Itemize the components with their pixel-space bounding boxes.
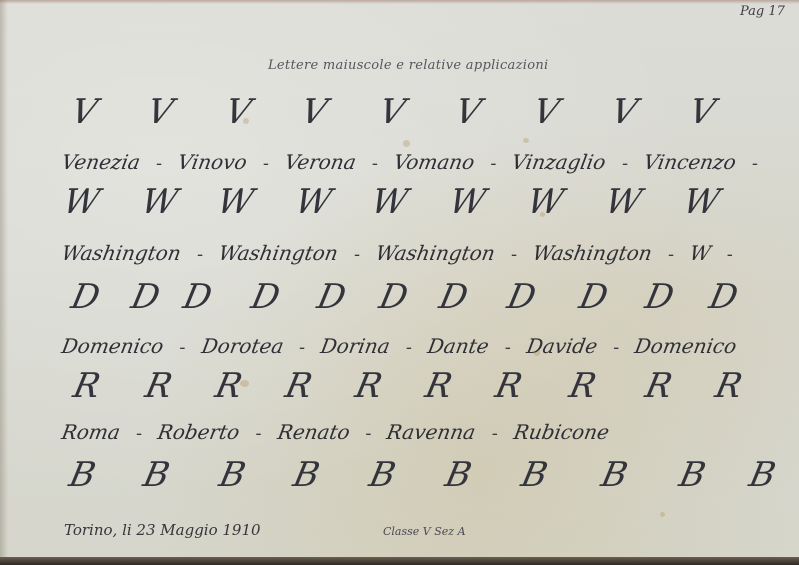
word-separator: - — [255, 423, 261, 444]
practice-word: Vincenzo — [641, 145, 739, 179]
word-separator: - — [197, 244, 203, 265]
paper-stain — [523, 138, 529, 143]
word-separator: - — [492, 423, 498, 444]
calligraphy-letter: V — [530, 92, 563, 132]
practice-word: Dorina — [318, 329, 393, 363]
calligraphy-letter: D — [504, 277, 540, 317]
word-separator: - — [727, 244, 733, 265]
page-title: Lettere maiuscole e relative applicazion… — [268, 58, 548, 73]
word-separator: - — [299, 337, 305, 358]
practice-word: Ravenna — [384, 415, 478, 449]
letter-row-d: D D D D D D D D D D D — [60, 277, 799, 317]
practice-word: Washington — [216, 236, 341, 270]
practice-word: Dorotea — [199, 329, 286, 363]
calligraphy-letter: D — [314, 277, 350, 317]
calligraphy-letter: B — [442, 455, 476, 495]
calligraphy-letter: D — [68, 277, 104, 317]
calligraphy-letter: D — [128, 277, 164, 317]
calligraphy-letter: W — [368, 182, 411, 222]
calligraphy-letter: R — [566, 366, 600, 406]
practice-word: Dante — [425, 329, 492, 363]
practice-word: Washington — [530, 236, 655, 270]
calligraphy-letter: W — [446, 182, 489, 222]
calligraphy-letter: R — [352, 366, 386, 406]
letter-row-v: V V V V V V V V V — [60, 92, 799, 132]
practice-word: Domenico — [59, 329, 166, 363]
calligraphy-letter: R — [642, 366, 676, 406]
word-separator: - — [156, 153, 162, 174]
word-separator: - — [511, 244, 517, 265]
calligraphy-letter: V — [298, 92, 331, 132]
page-bottom-edge — [0, 557, 799, 565]
practice-word: Roberto — [155, 415, 242, 449]
practice-word: Vinovo — [175, 145, 250, 179]
word-separator: - — [505, 337, 511, 358]
calligraphy-letter: W — [214, 182, 257, 222]
calligraphy-letter: V — [608, 92, 641, 132]
practice-word: W — [687, 236, 714, 270]
place-and-date: Torino, li 23 Maggio 1910 — [64, 521, 261, 539]
calligraphy-letter: W — [524, 182, 567, 222]
calligraphy-letter: R — [142, 366, 176, 406]
calligraphy-letter: V — [222, 92, 255, 132]
practice-word: Renato — [275, 415, 353, 449]
calligraphy-letter: W — [602, 182, 645, 222]
practice-word: Venezia — [59, 145, 143, 179]
word-separator: - — [752, 153, 758, 174]
calligraphy-letter: B — [140, 455, 174, 495]
calligraphy-letter: V — [452, 92, 485, 132]
word-separator: - — [622, 153, 628, 174]
letter-row-r: R R R R R R R R R R — [60, 366, 799, 406]
handwriting-page: Pag 17 Lettere maiuscole e relative appl… — [0, 0, 799, 558]
calligraphy-letter: R — [422, 366, 456, 406]
calligraphy-letter: B — [676, 455, 710, 495]
word-separator: - — [613, 337, 619, 358]
calligraphy-letter: D — [376, 277, 412, 317]
calligraphy-letter: R — [282, 366, 316, 406]
word-row-w: Washington - Washington - Washington - W… — [62, 236, 799, 270]
calligraphy-letter: R — [712, 366, 746, 406]
word-separator: - — [179, 337, 185, 358]
practice-word: Rubicone — [511, 415, 612, 449]
practice-word: Vinzaglio — [509, 145, 608, 179]
practice-word: Davide — [524, 329, 600, 363]
letter-row-w: W W W W W W W W W — [60, 182, 799, 222]
calligraphy-letter: V — [686, 92, 719, 132]
word-separator: - — [668, 244, 674, 265]
calligraphy-letter: W — [138, 182, 181, 222]
calligraphy-letter: D — [248, 277, 284, 317]
practice-word: Domenico — [632, 329, 739, 363]
word-separator: - — [263, 153, 269, 174]
calligraphy-letter: V — [376, 92, 409, 132]
word-separator: - — [365, 423, 371, 444]
calligraphy-letter: D — [180, 277, 216, 317]
practice-word: Roma — [59, 415, 123, 449]
word-row-r: Roma - Roberto - Renato - Ravenna - Rubi… — [62, 415, 799, 449]
word-separator: - — [406, 337, 412, 358]
calligraphy-letter: W — [680, 182, 723, 222]
calligraphy-letter: R — [70, 366, 104, 406]
practice-word: Vomano — [391, 145, 477, 179]
practice-word: Washington — [59, 236, 184, 270]
calligraphy-letter: D — [706, 277, 742, 317]
page-top-edge — [0, 0, 799, 4]
class-section: Classe V Sez A — [383, 525, 466, 538]
calligraphy-letter: D — [642, 277, 678, 317]
page-left-edge — [0, 0, 8, 557]
calligraphy-letter: W — [292, 182, 335, 222]
calligraphy-letter: R — [212, 366, 246, 406]
letter-row-b: B B B B B B B B B B — [60, 455, 799, 495]
word-row-v: Venezia - Vinovo - Verona - Vomano - Vin… — [62, 145, 799, 179]
word-separator: - — [354, 244, 360, 265]
word-separator: - — [136, 423, 142, 444]
calligraphy-letter: B — [598, 455, 632, 495]
calligraphy-letter: V — [68, 92, 101, 132]
calligraphy-letter: B — [66, 455, 100, 495]
page-number: Pag 17 — [740, 4, 785, 19]
word-separator: - — [490, 153, 496, 174]
calligraphy-letter: D — [436, 277, 472, 317]
calligraphy-letter: B — [518, 455, 552, 495]
calligraphy-letter: B — [746, 455, 780, 495]
paper-stain — [660, 512, 665, 517]
calligraphy-letter: D — [576, 277, 612, 317]
calligraphy-letter: B — [290, 455, 324, 495]
practice-word: Washington — [373, 236, 498, 270]
practice-word: Verona — [282, 145, 359, 179]
calligraphy-letter: V — [144, 92, 177, 132]
calligraphy-letter: B — [216, 455, 250, 495]
word-row-d: Domenico - Dorotea - Dorina - Dante - Da… — [62, 329, 799, 363]
calligraphy-letter: W — [60, 182, 103, 222]
calligraphy-letter: B — [366, 455, 400, 495]
calligraphy-letter: R — [492, 366, 526, 406]
word-separator: - — [372, 153, 378, 174]
